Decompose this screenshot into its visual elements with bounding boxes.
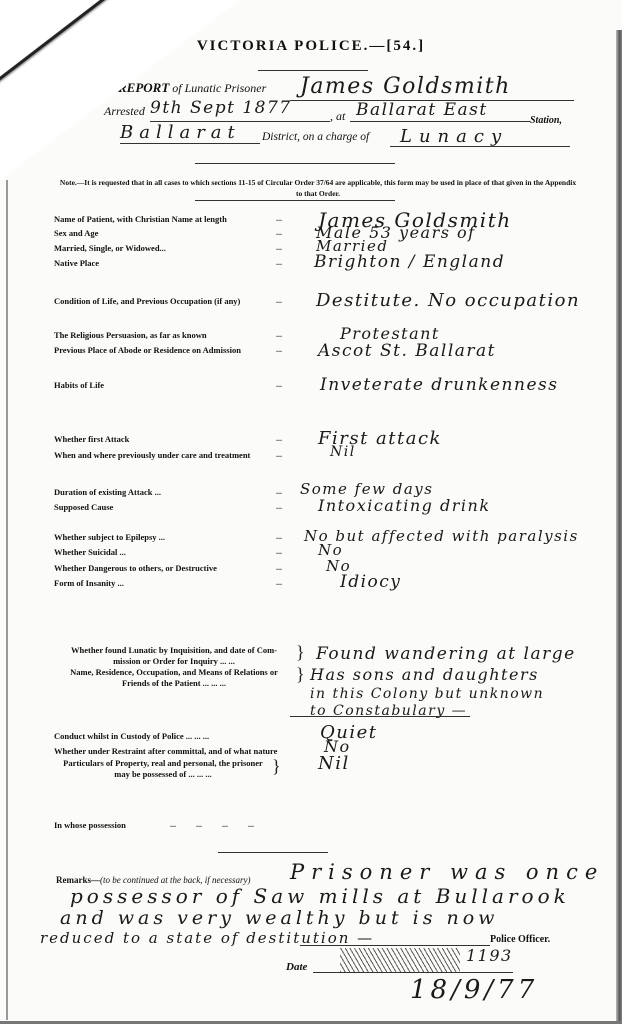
at-label: , at [330,109,345,124]
property-entry: Nil [318,753,350,774]
possession-dots: ... ... ... ... [170,820,254,829]
officer-number: 1193 [466,946,513,965]
restraint-label: Whether under Restraint after committal,… [54,746,277,756]
field-label: Previous Place of Abode or Residence on … [54,345,241,355]
field-label: Habits of Life [54,380,104,390]
field-entry: Idiocy [340,572,401,592]
police-officer-label: Police Officer. [490,934,550,945]
property-label-line1: Particulars of Property, real and person… [52,758,274,769]
field-label: Married, Single, or Widowed... [54,243,166,253]
officer-signature [340,948,460,972]
conduct-label: Conduct whilst in Custody of Police ... … [54,731,209,741]
section-rule [218,852,328,853]
field-label: Condition of Life, and Previous Occupati… [54,296,240,306]
property-label-line2: may be possessed of ... ... ... [52,769,274,780]
multiline-entry-2: Has sons and daughters [310,665,539,684]
field-entry: Destitute. No occupation [316,290,580,311]
leader-dots: ... [276,434,282,443]
field-label: Duration of existing Attack ... [54,487,161,497]
field-entry: Nil [330,444,356,460]
field-entry: Inveterate drunkenness [320,375,558,395]
multiline-entry-3: in this Colony but unknown [310,686,544,702]
field-entry: Ascot St. Ballarat [318,341,496,361]
multiline-entry-1: Found wandering at large [316,644,576,664]
possession-label: In whose possession [54,820,126,830]
field-label: When and where previously under care and… [54,450,250,460]
leader-dots: ... [276,563,282,572]
date-label: Date [286,961,307,973]
leader-dots: ... [276,532,282,541]
leader-dots: ... [276,258,282,267]
field-entry: Intoxicating drink [318,496,491,515]
inquisition-label: Whether found Lunatic by Inquisition, an… [52,645,296,667]
inquisition-label-line1: Whether found Lunatic by Inquisition, an… [52,645,296,656]
instruction-note: Note.—It is requested that in all cases … [58,177,578,199]
station-label: Station, [530,115,562,126]
leader-dots: ... [276,345,282,354]
field-label: Whether Suicidal ... [54,547,126,557]
field-label: Native Place [54,258,99,268]
brace: } [296,665,305,683]
remarks-line-2: possessor of Saw mills at Bullarook [70,884,570,908]
folded-corner [0,0,240,180]
leader-dots: ... [276,450,282,459]
prisoner-name-entry: James Goldsmith [300,74,511,99]
leader-dots: ... [276,487,282,496]
remarks-line-1: Prisoner was once [290,860,604,884]
field-entry: Brighton / England [314,252,505,272]
leader-dots: ... [276,214,282,223]
field-label: Whether subject to Epilepsy ... [54,532,165,542]
leader-dots: ... [276,228,282,237]
field-label: The Religious Persuasion, as far as know… [54,330,207,340]
leader-dots: ... [276,502,282,511]
brace: } [296,643,305,661]
leader-dots: ... [276,380,282,389]
relations-label-line2: Friends of the Patient ... ... ... [52,678,296,689]
document-page: VICTORIA POLICE.—[54.] REPORT of Lunatic… [0,0,622,1024]
arrested-at-underline [350,121,530,122]
field-label: Sex and Age [54,228,98,238]
district-label: District, on a charge of [262,131,369,143]
leader-dots: ... [276,547,282,556]
brace: } [272,757,281,775]
field-label: Supposed Cause [54,502,113,512]
field-label: Whether Dangerous to others, or Destruct… [54,563,217,573]
page-edge-right [616,30,622,1024]
charge-entry: Lunacy [400,126,508,147]
charge-underline [390,146,570,147]
relations-label-line1: Name, Residence, Occupation, and Means o… [52,667,296,678]
leader-dots: ... [276,330,282,339]
remarks-line-3: and was very wealthy but is now [60,907,498,929]
field-label: Name of Patient, with Christian Name at … [54,214,227,224]
relations-label: Name, Residence, Occupation, and Means o… [52,667,296,689]
officer-signature-line [300,945,490,946]
page-edge-left [6,180,8,1020]
date-underline [313,972,513,973]
field-label: Whether first Attack [54,434,129,444]
field-entry: No but affected with paralysis [304,527,579,545]
property-label: Particulars of Property, real and person… [52,758,274,780]
note-rule-bottom [195,200,395,201]
field-label: Form of Insanity ... [54,578,124,588]
leader-dots: ... [276,578,282,587]
leader-dots: ... [276,243,282,252]
arrested-at-entry: Ballarat East [356,100,488,120]
multiline-underline [290,716,470,717]
inquisition-label-line2: mission or Order for Inquiry ... ... [52,656,296,667]
title-rule [258,70,368,71]
leader-dots: ... [276,296,282,305]
date-entry: 18/9/77 [410,975,538,1005]
